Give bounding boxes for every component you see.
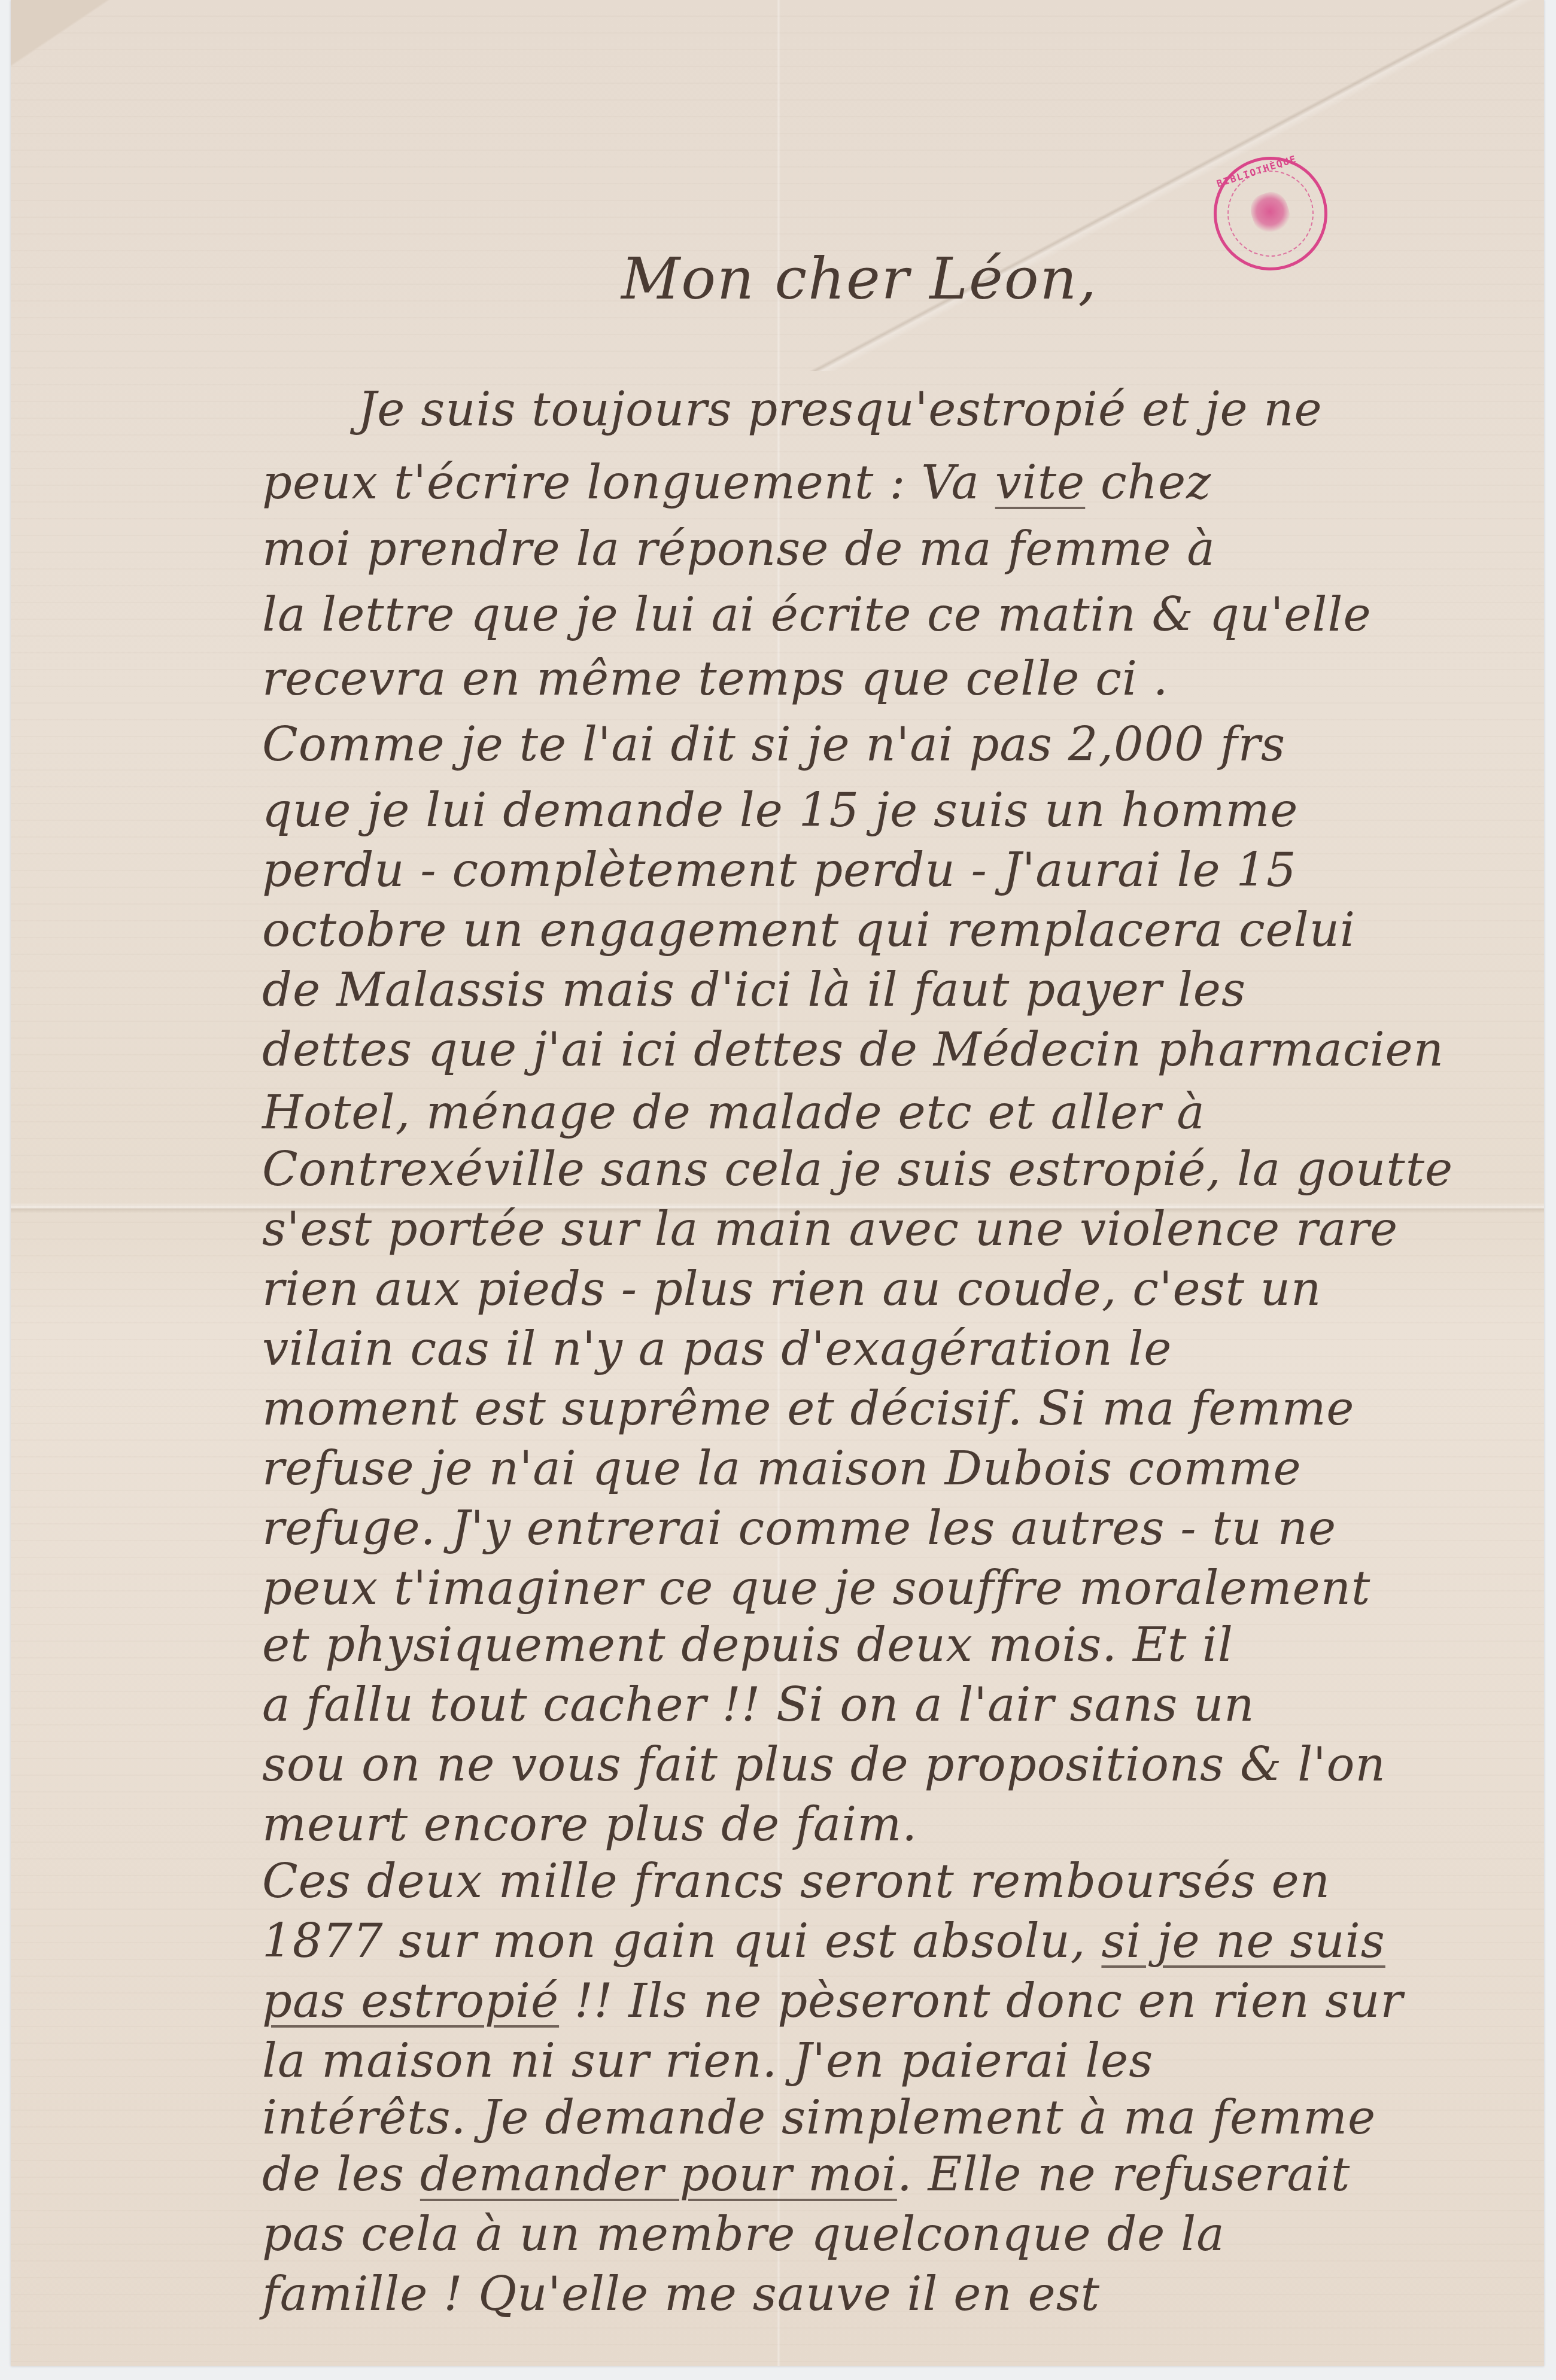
letter-line: perdu - complètement perdu - J'aurai le …: [262, 844, 1297, 897]
line-text: de les: [262, 2148, 420, 2202]
letter-line: Contrexéville sans cela je suis estropié…: [262, 1143, 1453, 1197]
letter-line: la maison ni sur rien. J'en paierai les: [262, 2034, 1153, 2088]
letter-line: moi prendre la réponse de ma femme à: [262, 522, 1215, 576]
letter-line: refuge. J'y entrerai comme les autres - …: [262, 1502, 1336, 1556]
letter-line: que je lui demande le 15 je suis un homm…: [262, 784, 1299, 838]
letter-line: pas cela à un membre quelconque de la: [262, 2208, 1225, 2262]
line-text: !! Ils ne pèseront donc en rien sur: [559, 1974, 1403, 2028]
letter-line: la lettre que je lui ai écrite ce matin …: [262, 588, 1372, 642]
letter-line: de Malassis mais d'ici là il faut payer …: [262, 963, 1246, 1017]
underlined-text: pas estropié: [262, 1974, 559, 2028]
line-text: peux t'écrire longuement : Va: [262, 456, 995, 510]
letter-line: meurt encore plus de faim.: [262, 1798, 917, 1852]
letter-paper: BIBLIOTHÈQUE Mon cher Léon, Je suis touj…: [11, 0, 1544, 2366]
letter-line: 1877 sur mon gain qui est absolu, si je …: [262, 1915, 1385, 1968]
letter-line: octobre un engagement qui remplacera cel…: [262, 903, 1356, 957]
letter-line: famille ! Qu'elle me sauve il en est: [262, 2268, 1100, 2321]
letter-line: peux t'écrire longuement : Va vite chez: [262, 456, 1211, 510]
letter-line: Je suis toujours presqu'estropié et je n…: [358, 383, 1323, 437]
letter-line: vilain cas il n'y a pas d'exagération le: [262, 1322, 1172, 1376]
letter-line: rien aux pieds - plus rien au coude, c'e…: [262, 1262, 1321, 1316]
letter-body: Mon cher Léon, Je suis toujours presqu'e…: [11, 0, 1544, 2366]
letter-line: s'est portée sur la main avec une violen…: [262, 1203, 1398, 1256]
underlined-text: demander pour moi: [420, 2148, 897, 2202]
letter-line: de les demander pour moi. Elle ne refuse…: [262, 2148, 1350, 2202]
line-text: 1877 sur mon gain qui est absolu,: [262, 1915, 1101, 1968]
line-text: chez: [1085, 456, 1211, 510]
letter-line: dettes que j'ai ici dettes de Médecin ph…: [262, 1023, 1444, 1077]
salutation: Mon cher Léon,: [621, 245, 1098, 312]
letter-line: sou on ne vous fait plus de propositions…: [262, 1738, 1386, 1792]
letter-line: pas estropié !! Ils ne pèseront donc en …: [262, 1974, 1403, 2028]
letter-line: intérêts. Je demande simplement à ma fem…: [262, 2091, 1376, 2145]
letter-line: Comme je te l'ai dit si je n'ai pas 2,00…: [262, 718, 1285, 772]
letter-line: a fallu tout cacher !! Si on a l'air san…: [262, 1678, 1255, 1732]
letter-line: moment est suprême et décisif. Si ma fem…: [262, 1382, 1355, 1436]
underlined-text: vite: [995, 456, 1086, 510]
letter-line: Hotel, ménage de malade etc et aller à: [262, 1086, 1205, 1140]
letter-line: recevra en même temps que celle ci .: [262, 652, 1168, 706]
letter-line: refuse je n'ai que la maison Dubois comm…: [262, 1442, 1302, 1496]
underlined-text: si je ne suis: [1101, 1915, 1385, 1968]
letter-line: peux t'imaginer ce que je souffre morale…: [262, 1562, 1370, 1615]
line-text: . Elle ne refuserait: [897, 2148, 1350, 2202]
letter-line: et physiquement depuis deux mois. Et il: [262, 1618, 1233, 1672]
letter-line: Ces deux mille francs seront remboursés …: [262, 1855, 1330, 1909]
